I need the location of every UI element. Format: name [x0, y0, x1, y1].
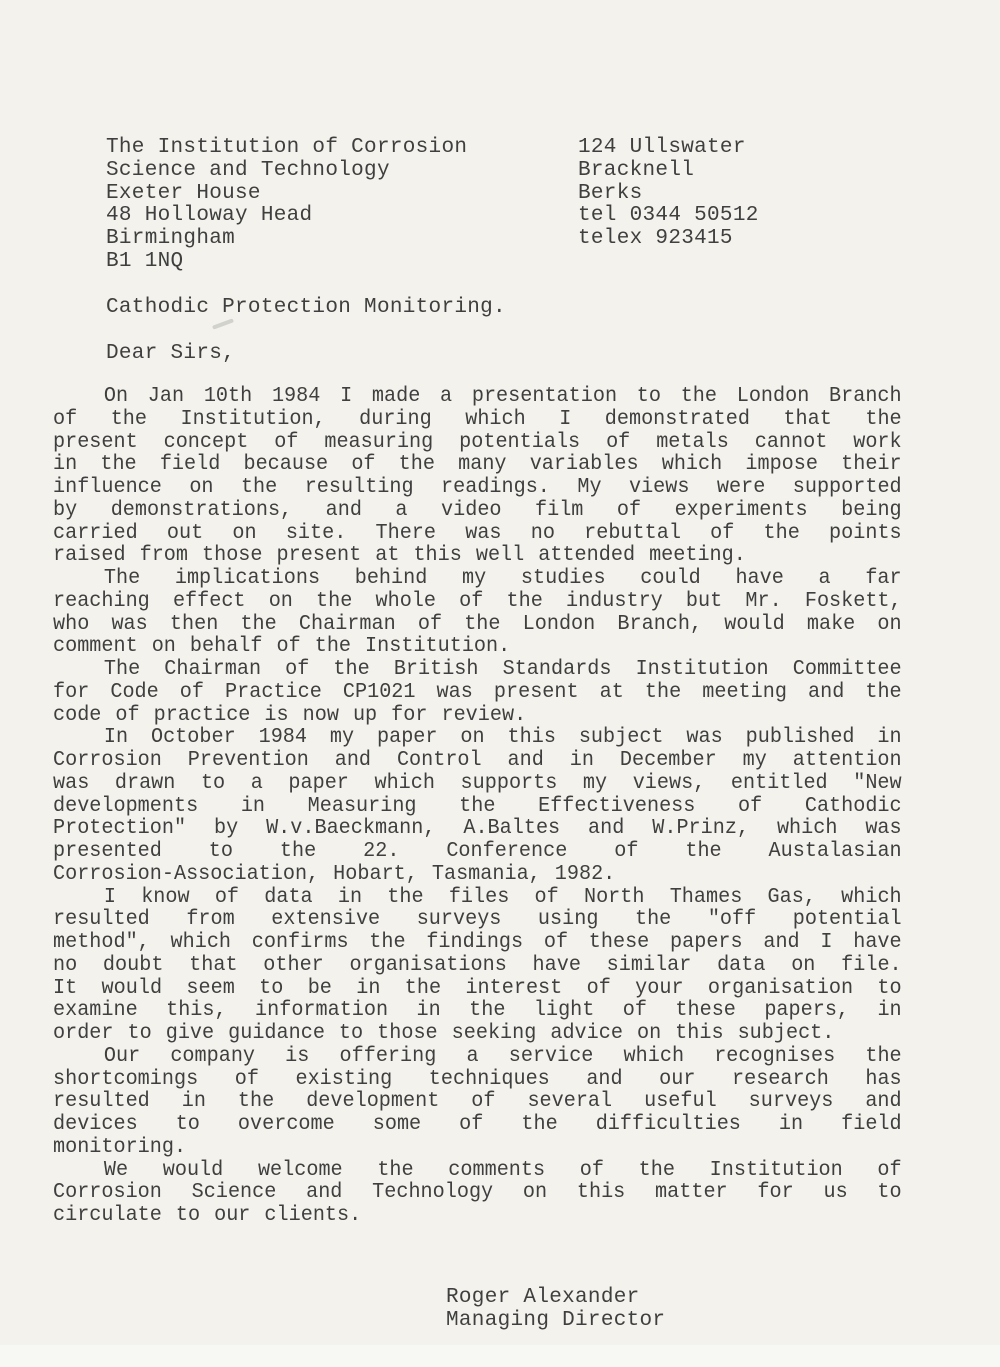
- address-line: The Institution of Corrosion: [106, 137, 467, 160]
- scan-edge: [0, 1345, 1000, 1367]
- recipient-address: The Institution of Corrosion Science and…: [106, 137, 467, 274]
- text-line: of the Institution, during which I demon…: [53, 409, 902, 432]
- sender-address: 124 Ullswater Bracknell Berks tel 0344 5…: [578, 137, 759, 251]
- text-line: resulted from extensive surveys using th…: [53, 909, 902, 932]
- letter-page: The Institution of Corrosion Science and…: [0, 0, 1000, 1367]
- paragraph: The Chairman of the British Standards In…: [53, 659, 902, 727]
- phone-line: tel 0344 50512: [578, 205, 759, 228]
- text-line: by demonstrations, and a video film of e…: [53, 500, 902, 523]
- paragraph: In October 1984 my paper on this subject…: [53, 727, 902, 886]
- signatory-title: Managing Director: [446, 1310, 665, 1333]
- text-line: comment on behalf of the Institution.: [53, 636, 902, 659]
- text-line: It would seem to be in the interest of y…: [53, 978, 902, 1001]
- text-line: shortcomings of existing techniques and …: [53, 1069, 902, 1092]
- ink-smudge: [212, 318, 234, 329]
- text-line: In October 1984 my paper on this subject…: [53, 727, 902, 750]
- text-line: The Chairman of the British Standards In…: [53, 659, 902, 682]
- text-line: for Code of Practice CP1021 was present …: [53, 682, 902, 705]
- subject-line: Cathodic Protection Monitoring.: [106, 296, 506, 319]
- text-line: influence on the resulting readings. My …: [53, 477, 902, 500]
- address-line: Berks: [578, 183, 759, 206]
- paragraph: Our company is offering a service which …: [53, 1046, 902, 1160]
- address-line: Exeter House: [106, 183, 467, 206]
- address-line: 48 Holloway Head: [106, 205, 467, 228]
- text-line: On Jan 10th 1984 I made a presentation t…: [53, 386, 902, 409]
- text-line: reaching effect on the whole of the indu…: [53, 591, 902, 614]
- text-line: carried out on site. There was no rebutt…: [53, 523, 902, 546]
- address-line: Bracknell: [578, 160, 759, 183]
- text-line: no doubt that other organisations have s…: [53, 955, 902, 978]
- address-line: Birmingham: [106, 228, 467, 251]
- text-line: Corrosion Prevention and Control and in …: [53, 750, 902, 773]
- text-line: in the field because of the many variabl…: [53, 454, 902, 477]
- text-line: resulted in the development of several u…: [53, 1091, 902, 1114]
- text-line: code of practice is now up for review.: [53, 705, 902, 728]
- paragraph: We would welcome the comments of the Ins…: [53, 1160, 902, 1228]
- text-line: examine this, information in the light o…: [53, 1000, 902, 1023]
- text-line: Corrosion-Association, Hobart, Tasmania,…: [53, 864, 902, 887]
- text-line: was drawn to a paper which supports my v…: [53, 773, 902, 796]
- telex-line: telex 923415: [578, 228, 759, 251]
- paragraph: On Jan 10th 1984 I made a presentation t…: [53, 386, 902, 568]
- paragraph: The implications behind my studies could…: [53, 568, 902, 659]
- text-line: Our company is offering a service which …: [53, 1046, 902, 1069]
- text-line: raised from those present at this well a…: [53, 545, 902, 568]
- text-line: method", which confirms the findings of …: [53, 932, 902, 955]
- text-line: order to give guidance to those seeking …: [53, 1023, 902, 1046]
- address-line: 124 Ullswater: [578, 137, 759, 160]
- text-line: who was then the Chairman of the London …: [53, 614, 902, 637]
- paragraph: I know of data in the files of North Tha…: [53, 887, 902, 1046]
- text-line: The implications behind my studies could…: [53, 568, 902, 591]
- letter-body: On Jan 10th 1984 I made a presentation t…: [53, 386, 902, 1228]
- text-line: presented to the 22. Conference of the A…: [53, 841, 902, 864]
- text-line: We would welcome the comments of the Ins…: [53, 1160, 902, 1183]
- text-line: present concept of measuring potentials …: [53, 432, 902, 455]
- text-line: Corrosion Science and Technology on this…: [53, 1182, 902, 1205]
- salutation: Dear Sirs,: [106, 342, 235, 365]
- text-line: I know of data in the files of North Tha…: [53, 887, 902, 910]
- text-line: devices to overcome some of the difficul…: [53, 1114, 902, 1137]
- signature-block: Roger Alexander Managing Director: [446, 1287, 665, 1332]
- text-line: monitoring.: [53, 1137, 902, 1160]
- signatory-name: Roger Alexander: [446, 1287, 665, 1310]
- text-line: Protection" by W.v.Baeckmann, A.Baltes a…: [53, 818, 902, 841]
- address-line: Science and Technology: [106, 160, 467, 183]
- text-line: circulate to our clients.: [53, 1205, 902, 1228]
- address-line: B1 1NQ: [106, 251, 467, 274]
- text-line: developments in Measuring the Effectiven…: [53, 796, 902, 819]
